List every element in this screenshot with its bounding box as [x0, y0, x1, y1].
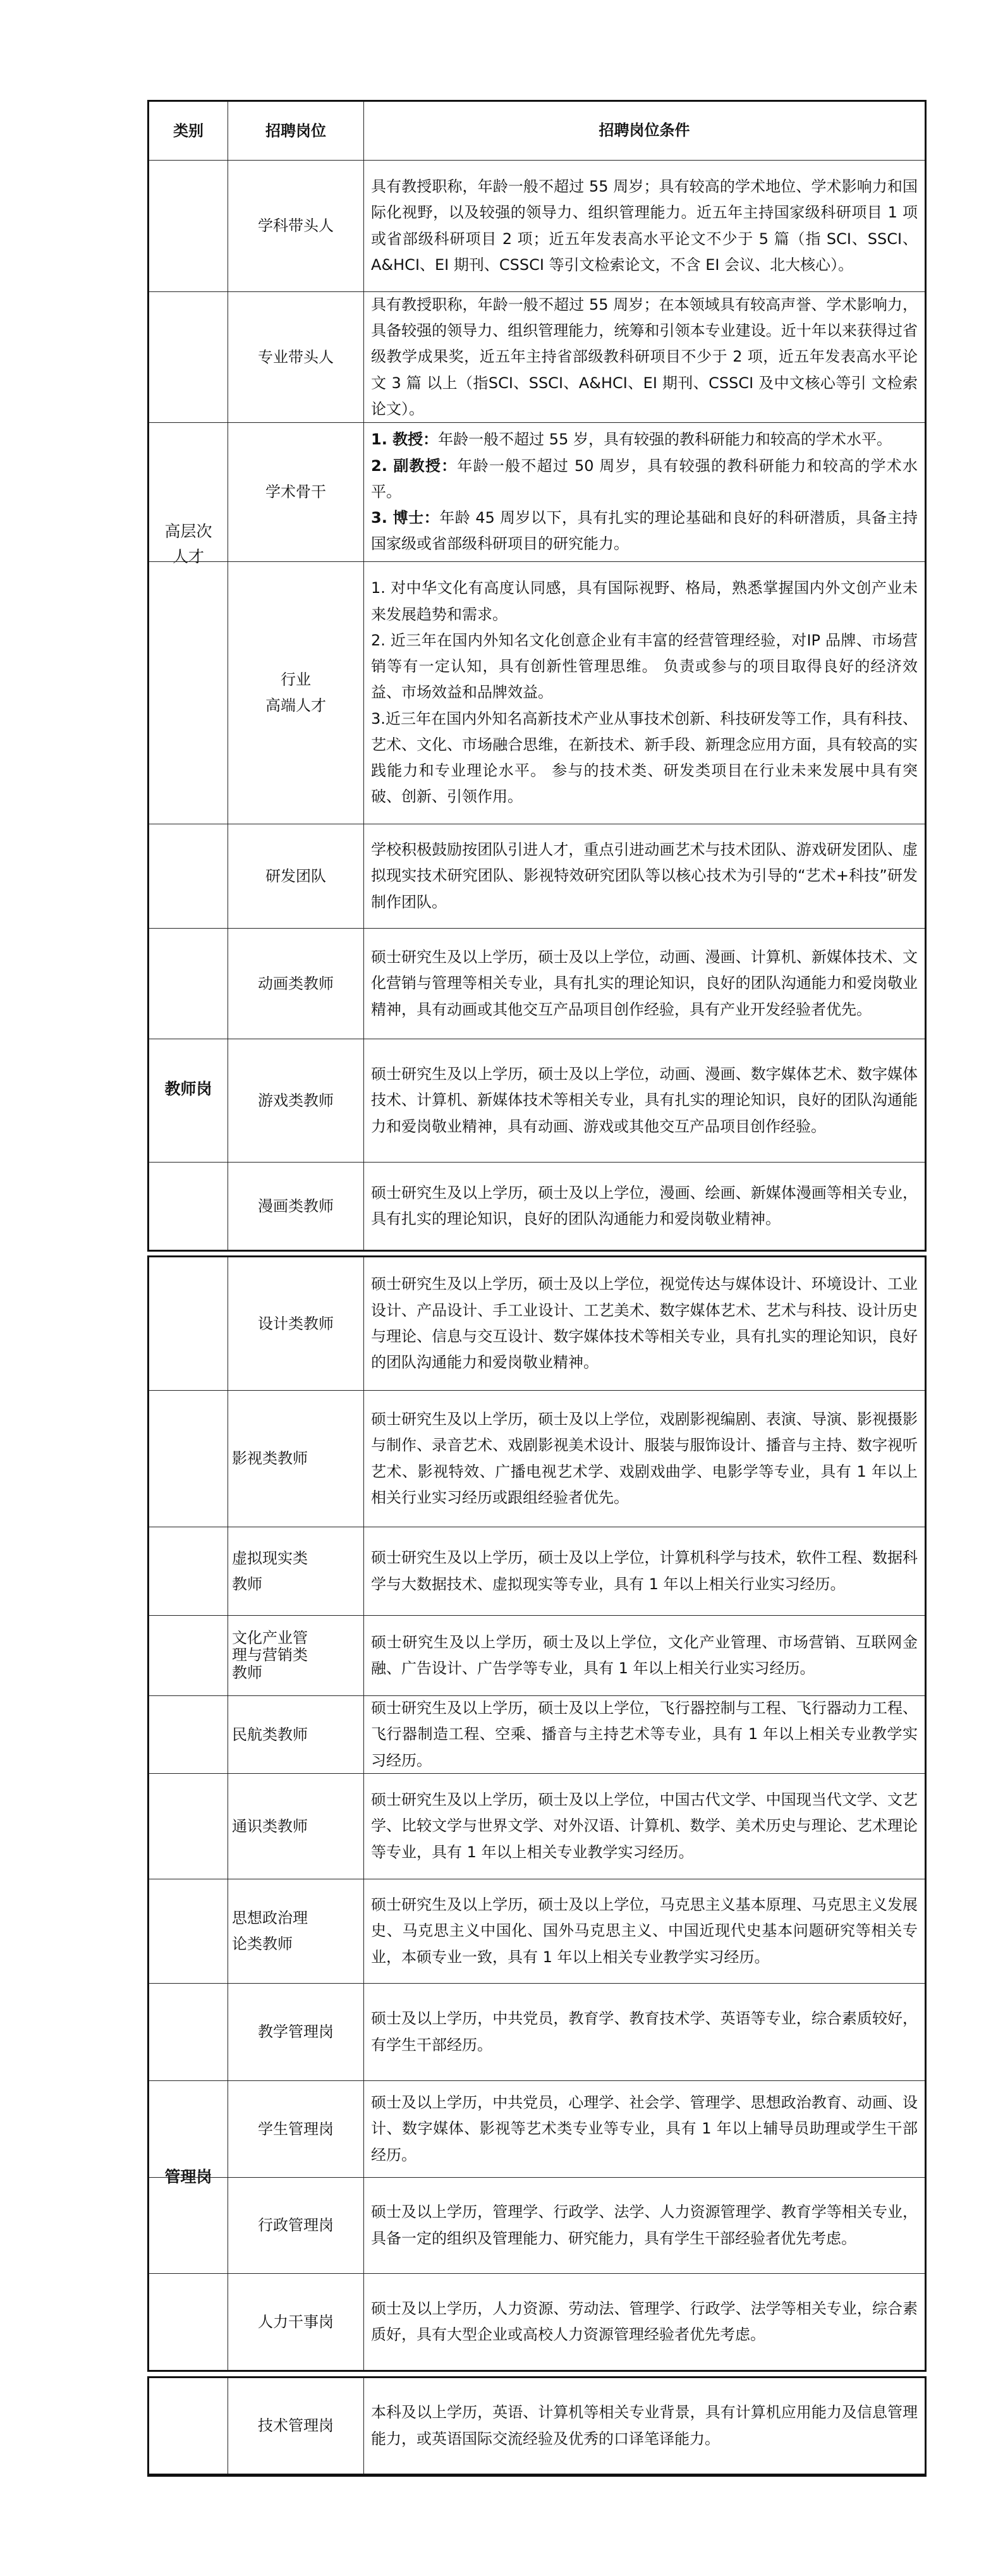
table-row: 人力干事岗 硕士及以上学历，人力资源、劳动法、管理学、行政学、法学等相关专业，综… — [149, 2273, 925, 2370]
requirement-item: 3. 博士：年龄 45 周岁以下，具有扎实的理论基础和良好的科研潜质，具备主持国… — [371, 505, 918, 558]
table-row: 学生管理岗 硕士及以上学历，中共党员，心理学、社会学、管理学、思想政治教育、动画… — [149, 2080, 925, 2177]
position-cell: 游戏类教师 — [228, 1039, 364, 1162]
requirement-item: 1. 教授：年龄一般不超过 55 岁，具有较强的教科研能力和较高的学术水平。 — [371, 427, 918, 453]
recruitment-table-part-2: 设计类教师 硕士研究生及以上学历，硕士及以上学位，视觉传达与媒体设计、环境设计、… — [147, 1255, 927, 2372]
table-row: 游戏类教师 硕士研究生及以上学历，硕士及以上学位，动画、漫画、数字媒体艺术、数字… — [149, 1039, 925, 1162]
header-requirements: 招聘岗位条件 — [364, 102, 925, 160]
requirements-cell: 硕士及以上学历，中共党员，心理学、社会学、管理学、思想政治教育、动画、设计、数字… — [364, 2081, 925, 2177]
requirements-cell: 硕士研究生及以上学历，硕士及以上学位，动画、漫画、计算机、新媒体技术、文化营销与… — [364, 929, 925, 1039]
position-cell: 设计类教师 — [228, 1257, 364, 1390]
requirements-cell: 硕士研究生及以上学历，硕士及以上学位，戏剧影视编剧、表演、导演、影视摄影与制作、… — [364, 1391, 925, 1527]
position-cell: 学生管理岗 — [228, 2081, 364, 2177]
recruitment-table-part-1: 类别 招聘岗位 招聘岗位条件 高层次 人才 学科带头人 具有教授职称，年龄一般不… — [147, 100, 927, 1252]
table-row: 思想政治理 论类教师 硕士研究生及以上学历，硕士及以上学位，马克思主义基本原理、… — [149, 1879, 925, 1983]
position-cell: 漫画类教师 — [228, 1163, 364, 1250]
requirements-cell: 硕士研究生及以上学历，硕士及以上学位，动画、漫画、数字媒体艺术、数字媒体技术、计… — [364, 1039, 925, 1162]
position-cell: 虚拟现实类 教师 — [228, 1527, 364, 1615]
requirements-cell: 硕士及以上学历，中共党员，教育学、教育技术学、英语等专业，综合素质较好，有学生干… — [364, 1984, 925, 2080]
position-cell: 文化产业管 理与营销类 教师 — [228, 1616, 364, 1695]
requirements-cell: 硕士研究生及以上学历，硕士及以上学位，文化产业管理、市场营销、互联网金融、广告设… — [364, 1616, 925, 1695]
table-row: 设计类教师 硕士研究生及以上学历，硕士及以上学位，视觉传达与媒体设计、环境设计、… — [149, 1257, 925, 1390]
table-row: 行政管理岗 硕士及以上学历，管理学、行政学、法学、人力资源管理学、教育学等相关专… — [149, 2177, 925, 2273]
requirements-cell: 具有教授职称，年龄一般不超过 55 周岁；在本领域具有较高声誉、学术影响力，具备… — [364, 292, 925, 422]
table-row: 技术管理岗 本科及以上学历，英语、计算机等相关专业背景，具有计算机应用能力及信息… — [149, 2378, 925, 2474]
table-row: 动画类教师 硕士研究生及以上学历，硕士及以上学位，动画、漫画、计算机、新媒体技术… — [149, 928, 925, 1039]
position-cell: 学科带头人 — [228, 161, 364, 291]
position-cell: 教学管理岗 — [228, 1984, 364, 2080]
requirement-item: 1. 对中华文化有高度认同感，具有国际视野、格局，熟悉掌握国内外文创产业未来发展… — [371, 575, 918, 628]
table-row: 通识类教师 硕士研究生及以上学历，硕士及以上学位，中国古代文学、中国现当代文学、… — [149, 1773, 925, 1879]
position-cell: 思想政治理 论类教师 — [228, 1879, 364, 1983]
requirement-item: 2. 副教授：年龄一般不超过 50 周岁，具有较强的教科研能力和较高的学术水平。 — [371, 453, 918, 506]
requirements-cell: 硕士研究生及以上学历，硕士及以上学位，中国古代文学、中国现当代文学、文艺学、比较… — [364, 1774, 925, 1879]
requirements-cell: 硕士及以上学历，人力资源、劳动法、管理学、行政学、法学等相关专业，综合素质好，具… — [364, 2274, 925, 2370]
table-row: 教学管理岗 硕士及以上学历，中共党员，教育学、教育技术学、英语等专业，综合素质较… — [149, 1983, 925, 2080]
position-cell: 行业 高端人才 — [228, 562, 364, 824]
requirements-cell: 硕士研究生及以上学历，硕士及以上学位，视觉传达与媒体设计、环境设计、工业设计、产… — [364, 1257, 925, 1390]
table-row: 文化产业管 理与营销类 教师 硕士研究生及以上学历，硕士及以上学位，文化产业管理… — [149, 1615, 925, 1695]
table-row: 研发团队 学校积极鼓励按团队引进人才，重点引进动画艺术与技术团队、游戏研发团队、… — [149, 824, 925, 928]
table-row: 专业带头人 具有教授职称，年龄一般不超过 55 周岁；在本领域具有较高声誉、学术… — [149, 291, 925, 422]
requirement-item: 3.近三年在国内外知名高新技术产业从事技术创新、科技研发等工作，具有科技、艺术、… — [371, 706, 918, 810]
position-cell: 通识类教师 — [228, 1774, 364, 1879]
table-row: 影视类教师 硕士研究生及以上学历，硕士及以上学位，戏剧影视编剧、表演、导演、影视… — [149, 1390, 925, 1527]
position-cell: 动画类教师 — [228, 929, 364, 1039]
position-cell: 民航类教师 — [228, 1696, 364, 1773]
table-row: 学术骨干 1. 教授：年龄一般不超过 55 岁，具有较强的教科研能力和较高的学术… — [149, 422, 925, 561]
position-cell: 影视类教师 — [228, 1391, 364, 1527]
table-row: 虚拟现实类 教师 硕士研究生及以上学历，硕士及以上学位，计算机科学与技术，软件工… — [149, 1527, 925, 1615]
requirements-cell: 学校积极鼓励按团队引进人才，重点引进动画艺术与技术团队、游戏研发团队、虚拟现实技… — [364, 824, 925, 928]
requirements-cell: 硕士研究生及以上学历，硕士及以上学位，飞行器控制与工程、飞行器动力工程、飞行器制… — [364, 1696, 925, 1773]
requirements-cell: 1. 教授：年龄一般不超过 55 岁，具有较强的教科研能力和较高的学术水平。 2… — [364, 423, 925, 561]
position-cell: 技术管理岗 — [228, 2378, 364, 2474]
requirements-cell: 硕士研究生及以上学历，硕士及以上学位，计算机科学与技术，软件工程、数据科学与大数… — [364, 1527, 925, 1615]
requirements-cell: 1. 对中华文化有高度认同感，具有国际视野、格局，熟悉掌握国内外文创产业未来发展… — [364, 562, 925, 824]
table-row: 学科带头人 具有教授职称，年龄一般不超过 55 周岁；具有较高的学术地位、学术影… — [149, 160, 925, 291]
recruitment-table-part-3: 技术管理岗 本科及以上学历，英语、计算机等相关专业背景，具有计算机应用能力及信息… — [147, 2376, 927, 2477]
position-cell: 研发团队 — [228, 824, 364, 928]
table-header-row: 类别 招聘岗位 招聘岗位条件 — [149, 102, 925, 160]
position-cell: 人力干事岗 — [228, 2274, 364, 2370]
table-row: 漫画类教师 硕士研究生及以上学历，硕士及以上学位，漫画、绘画、新媒体漫画等相关专… — [149, 1162, 925, 1250]
header-position: 招聘岗位 — [228, 102, 364, 160]
requirements-cell: 硕士及以上学历，管理学、行政学、法学、人力资源管理学、教育学等相关专业，具备一定… — [364, 2178, 925, 2273]
requirement-item: 2. 近三年在国内外知名文化创意企业有丰富的经营管理经验，对IP 品牌、市场营销… — [371, 628, 918, 706]
table-row: 民航类教师 硕士研究生及以上学历，硕士及以上学位，飞行器控制与工程、飞行器动力工… — [149, 1695, 925, 1773]
position-cell: 行政管理岗 — [228, 2178, 364, 2273]
requirements-cell: 硕士研究生及以上学历，硕士及以上学位，漫画、绘画、新媒体漫画等相关专业，具有扎实… — [364, 1163, 925, 1250]
requirements-cell: 硕士研究生及以上学历，硕士及以上学位，马克思主义基本原理、马克思主义发展史、马克… — [364, 1879, 925, 1983]
position-cell: 专业带头人 — [228, 292, 364, 422]
requirements-cell: 具有教授职称，年龄一般不超过 55 周岁；具有较高的学术地位、学术影响力和国际化… — [364, 161, 925, 291]
header-category: 类别 — [149, 102, 228, 160]
position-cell: 学术骨干 — [228, 423, 364, 561]
table-row: 行业 高端人才 1. 对中华文化有高度认同感，具有国际视野、格局，熟悉掌握国内外… — [149, 561, 925, 824]
requirements-cell: 本科及以上学历，英语、计算机等相关专业背景，具有计算机应用能力及信息管理能力，或… — [364, 2378, 925, 2474]
